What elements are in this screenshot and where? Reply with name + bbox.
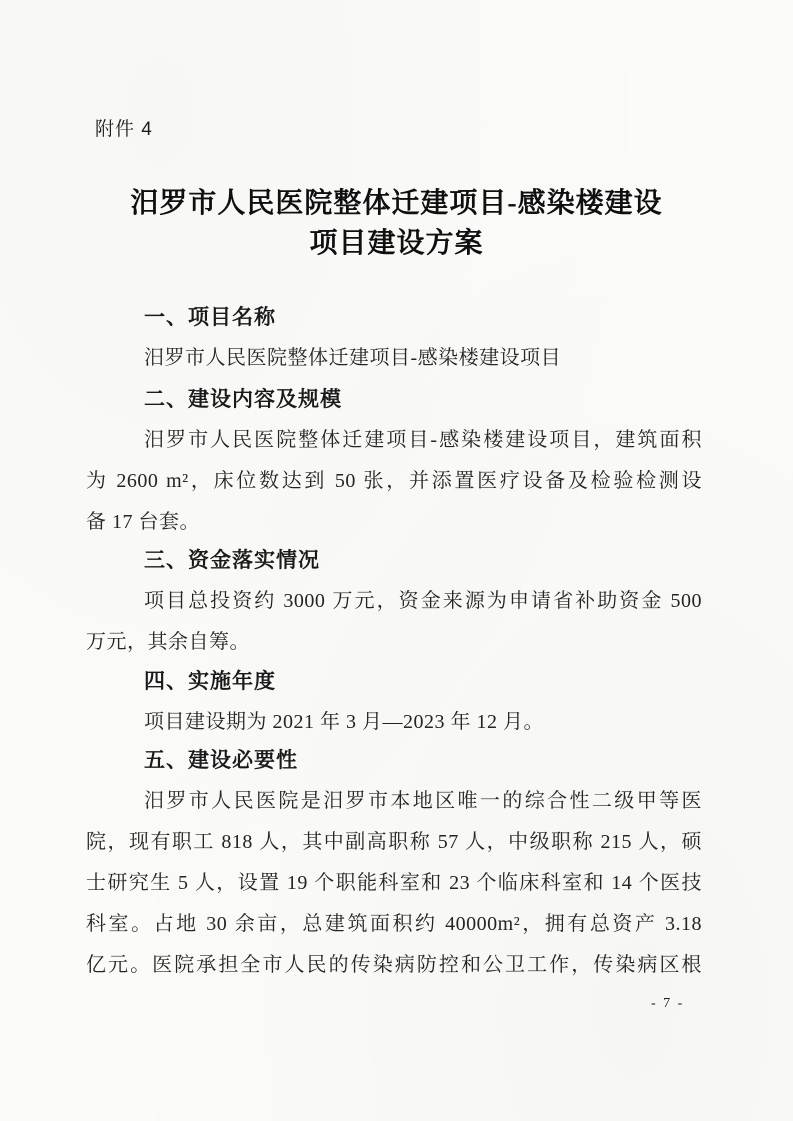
section-paragraph: 汨罗市人民医院整体迁建项目-感染楼建设项目，建筑面积 为 2600 m²，床位数… [86,420,702,543]
paragraph-line: 院，现有职工 818 人，其中副高职称 57 人，中级职称 215 人，硕 [86,822,702,863]
section-heading-construction-necessity: 五、建设必要性 [86,740,702,781]
section-heading-project-name: 一、项目名称 [86,297,702,338]
section-project-name: 一、项目名称 汨罗市人民医院整体迁建项目-感染楼建设项目 [86,297,702,379]
document-title-line-2: 项目建设方案 [0,224,793,264]
paragraph-line: 备 17 台套。 [86,502,702,543]
paragraph-line: 万元，其余自筹。 [86,622,702,663]
paragraph-line: 士研究生 5 人，设置 19 个职能科室和 23 个临床科室和 14 个医技 [86,863,702,904]
page-number: - 7 - [651,995,684,1013]
section-paragraph: 汨罗市人民医院整体迁建项目-感染楼建设项目 [86,338,702,379]
section-heading-implementation-years: 四、实施年度 [86,661,702,702]
section-paragraph: 汨罗市人民医院是汨罗市本地区唯一的综合性二级甲等医 院，现有职工 818 人，其… [86,781,702,986]
document-title-line-1: 汨罗市人民医院整体迁建项目-感染楼建设 [0,184,793,224]
paragraph-line: 科室。占地 30 余亩，总建筑面积约 40000m²，拥有总资产 3.18 [86,904,702,945]
paragraph-line: 汨罗市人民医院是汨罗市本地区唯一的综合性二级甲等医 [86,781,702,822]
section-construction-necessity: 五、建设必要性 汨罗市人民医院是汨罗市本地区唯一的综合性二级甲等医 院，现有职工… [86,740,702,986]
attachment-label: 附件 4 [95,116,153,144]
paragraph-line: 汨罗市人民医院整体迁建项目-感染楼建设项目，建筑面积 [86,420,702,461]
paragraph-line: 项目建设期为 2021 年 3 月—2023 年 12 月。 [86,702,702,743]
section-funding-status: 三、资金落实情况 项目总投资约 3000 万元，资金来源为申请省补助资金 500… [86,540,702,663]
section-construction-scope: 二、建设内容及规模 汨罗市人民医院整体迁建项目-感染楼建设项目，建筑面积 为 2… [86,379,702,543]
section-implementation-years: 四、实施年度 项目建设期为 2021 年 3 月—2023 年 12 月。 [86,661,702,743]
document-title: 汨罗市人民医院整体迁建项目-感染楼建设 项目建设方案 [0,184,793,264]
paragraph-line: 汨罗市人民医院整体迁建项目-感染楼建设项目 [86,338,702,379]
section-paragraph: 项目总投资约 3000 万元，资金来源为申请省补助资金 500 万元，其余自筹。 [86,581,702,663]
paragraph-line: 亿元。医院承担全市人民的传染病防控和公卫工作，传染病区根 [86,945,702,986]
paragraph-line: 为 2600 m²，床位数达到 50 张，并添置医疗设备及检验检测设 [86,461,702,502]
section-heading-construction-scope: 二、建设内容及规模 [86,379,702,420]
section-paragraph: 项目建设期为 2021 年 3 月—2023 年 12 月。 [86,702,702,743]
document-page: 附件 4 汨罗市人民医院整体迁建项目-感染楼建设 项目建设方案 一、项目名称 汨… [0,0,793,1121]
paragraph-line: 项目总投资约 3000 万元，资金来源为申请省补助资金 500 [86,581,702,622]
section-heading-funding-status: 三、资金落实情况 [86,540,702,581]
